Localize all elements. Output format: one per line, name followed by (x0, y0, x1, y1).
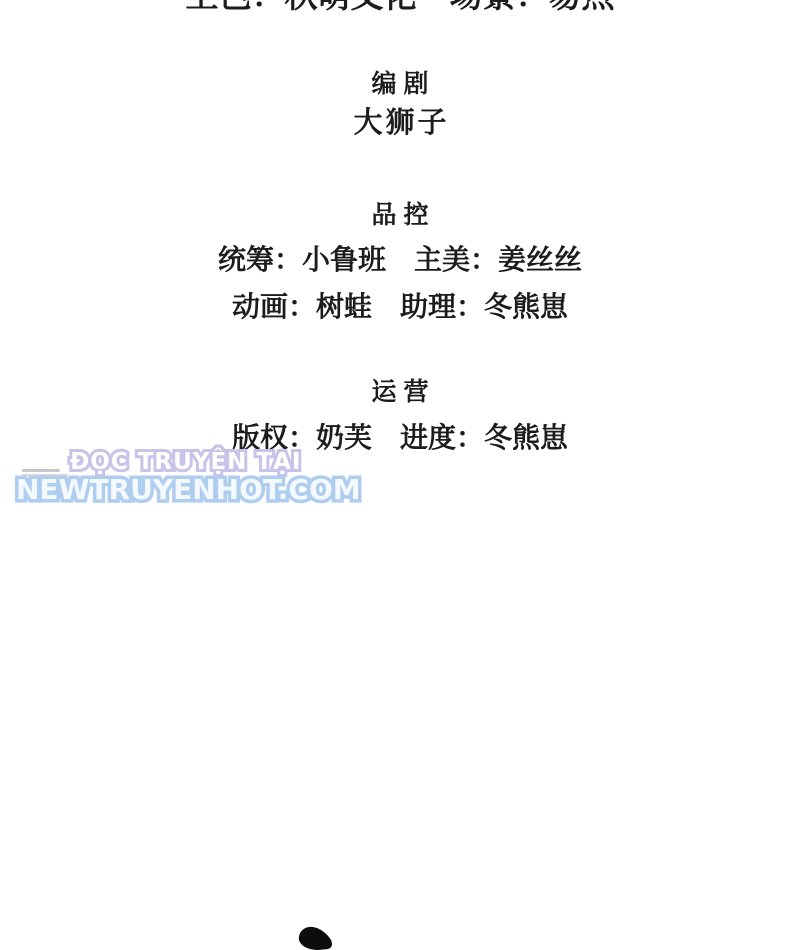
credit-screenwriter-name: 大狮子 (0, 108, 800, 137)
heading-quality-control: 品控 (0, 202, 800, 227)
credit-line-clipped-top: 上色：秋萌文化 场景：易点 (0, 0, 800, 12)
credit-line-copyright: 版权：奶芙 进度：冬熊崽 (0, 424, 800, 452)
heading-screenwriter: 编剧 (0, 71, 800, 96)
watermark-site-name: NEWTRUYENHOT.COM NEWTRUYENHOT.COM (16, 476, 55, 588)
comic-credits-page: 上色：秋萌文化 场景：易点 编剧 大狮子 品控 统筹：小鲁班 主美：姜丝丝 动画… (0, 0, 800, 950)
watermark-site-name-fill: NEWTRUYENHOT.COM (16, 476, 361, 504)
heading-operations: 运营 (0, 379, 800, 404)
credit-line-animation: 动画：树蛙 助理：冬熊崽 (0, 293, 800, 321)
ink-blob-shape (299, 927, 332, 950)
credit-line-coordination: 统筹：小鲁班 主美：姜丝丝 (0, 246, 800, 274)
watermark-tagline-fill: ĐỌC TRUYỆN TẠI (70, 451, 301, 474)
artwork-ink-blob (288, 924, 338, 950)
scribble-mark (22, 469, 60, 472)
